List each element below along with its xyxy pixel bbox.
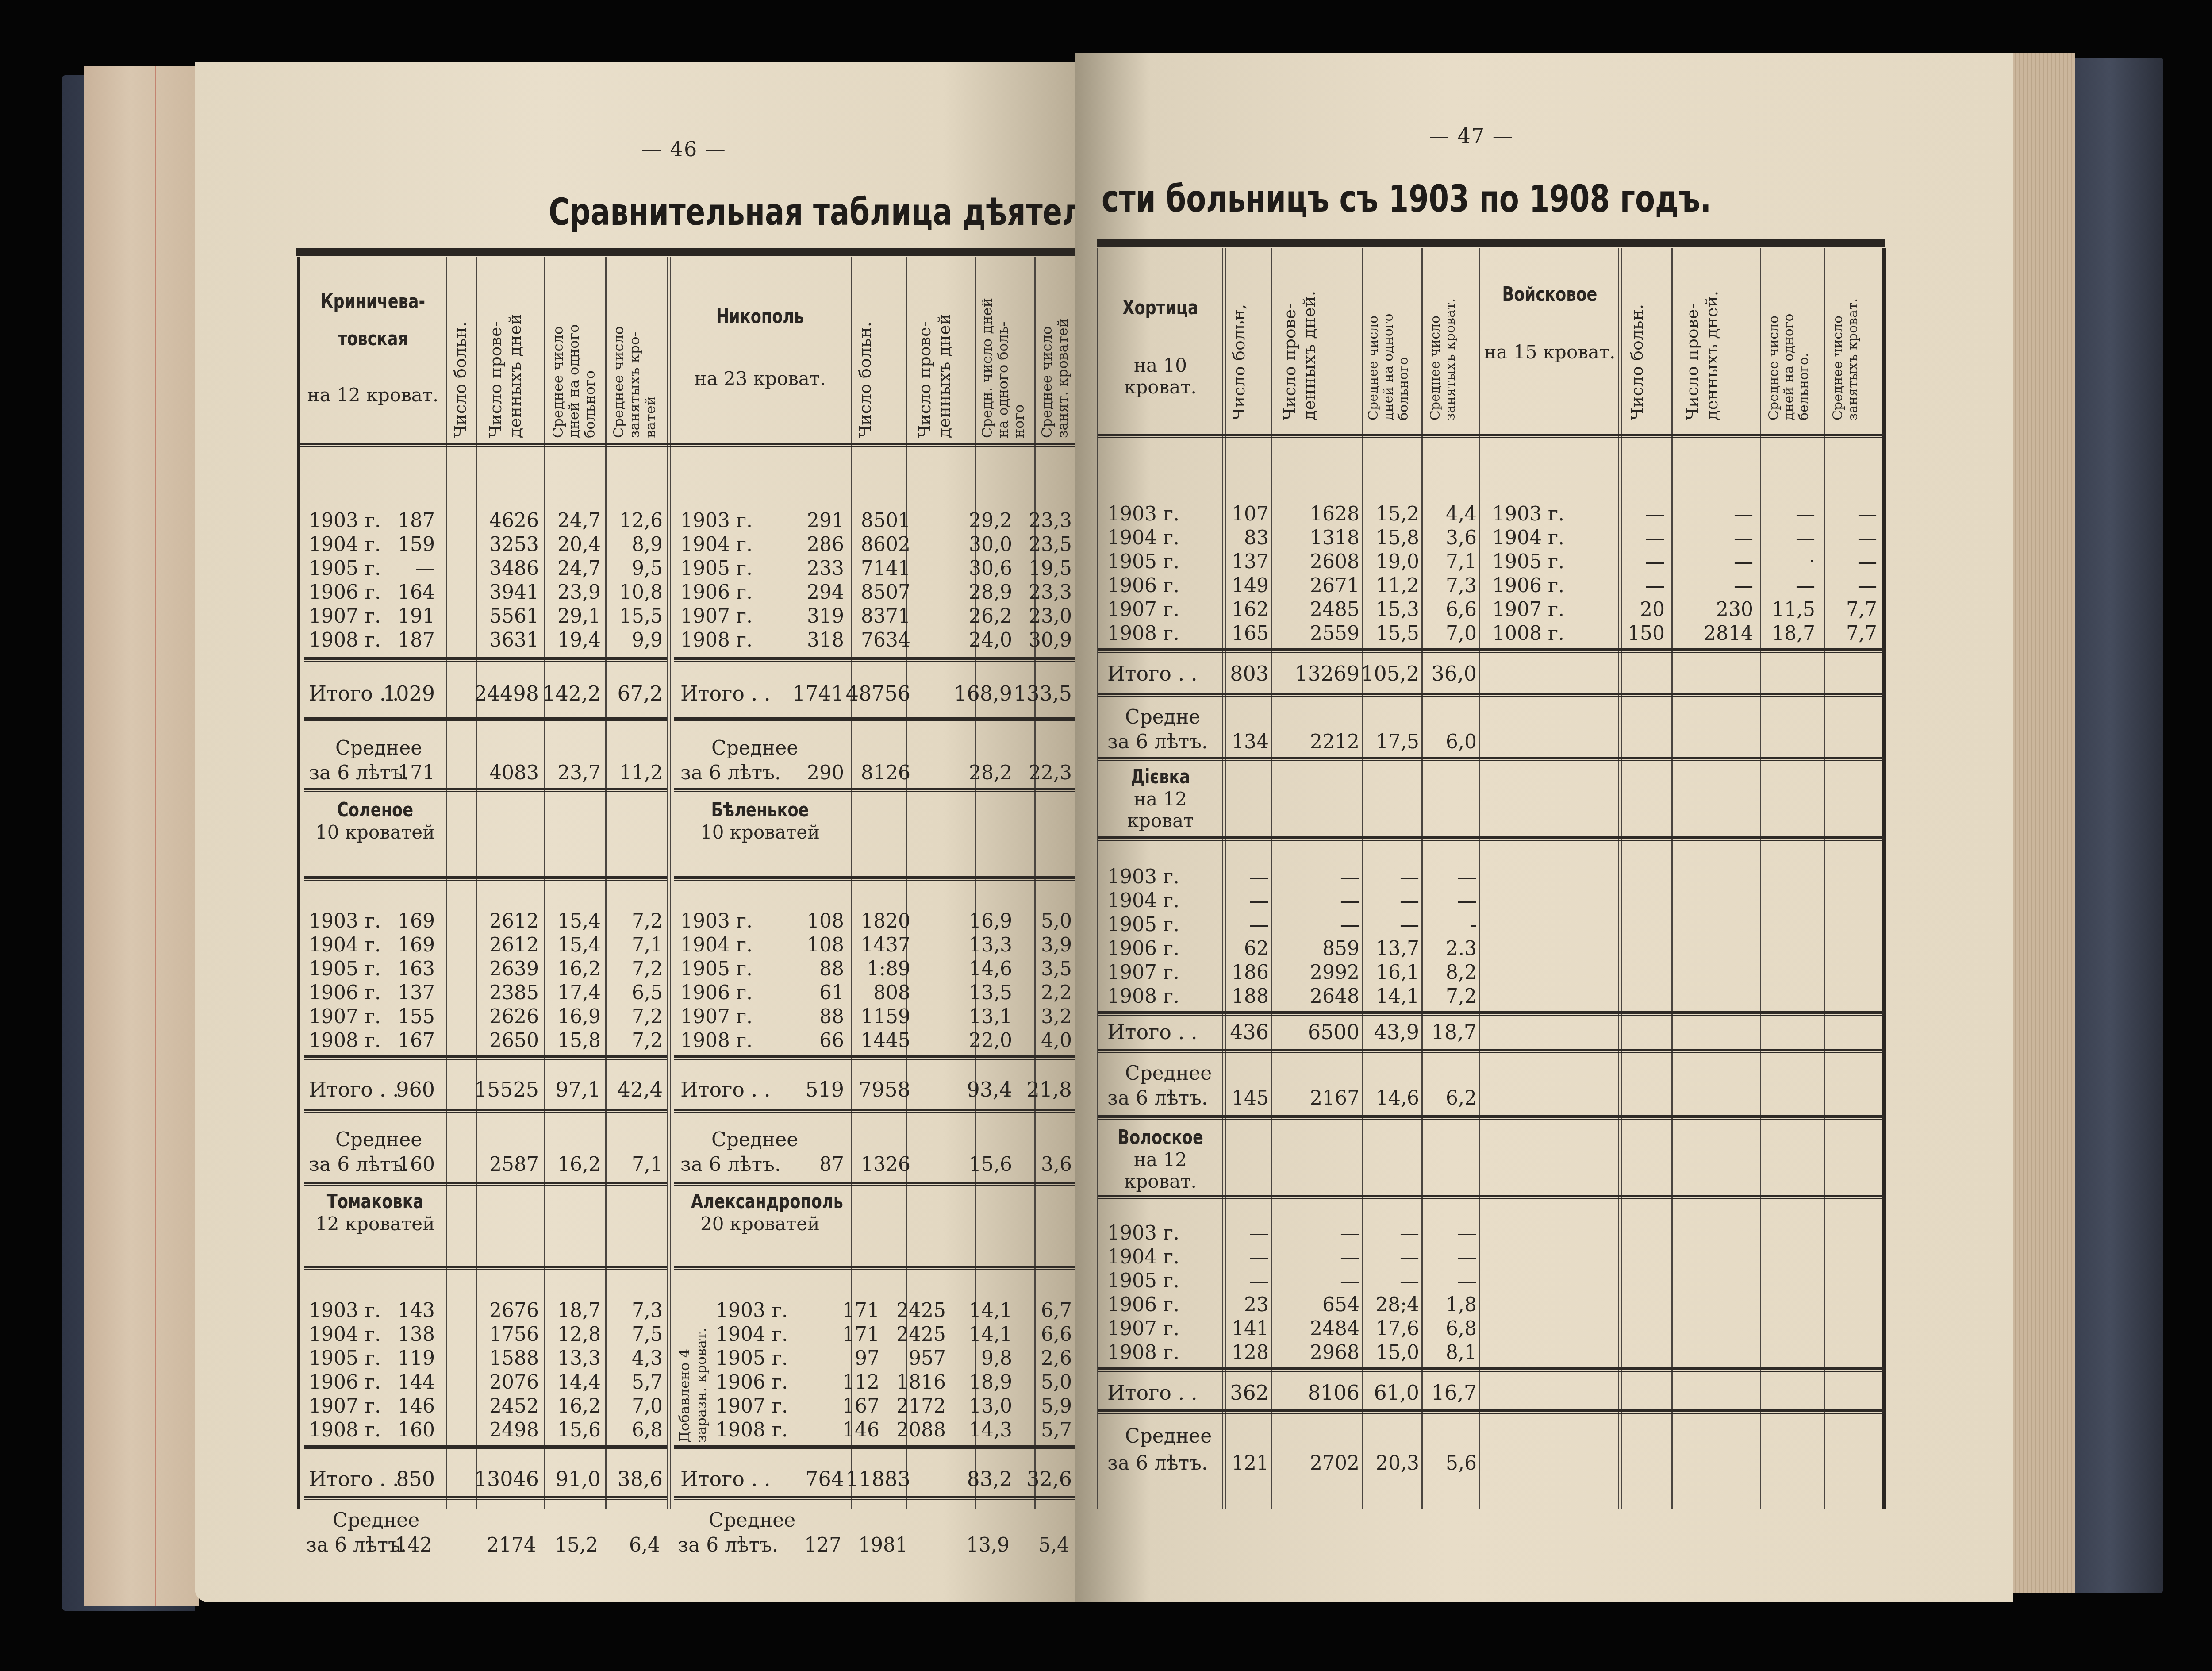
- year-label: 1903 г.: [309, 909, 381, 933]
- row-rule: [304, 876, 667, 881]
- year-label: 1906 г.: [1107, 1293, 1179, 1317]
- avg-days-value: 24,0: [969, 628, 1012, 652]
- year-label: 1906 г.: [309, 981, 381, 1005]
- header-avg-beds: Среднее число занятыхъ кро- ватей: [611, 270, 658, 438]
- table-right: Хортица на 10 кроват. Число больн, Число…: [1097, 248, 1886, 1509]
- patients-value: 162: [1232, 598, 1269, 622]
- table-row: 1904 г.169261215,47,1: [309, 933, 667, 957]
- total-label: Итого . .: [1107, 1020, 1198, 1044]
- year-label: 1906 г.: [309, 1371, 381, 1394]
- total-label: Итого . .: [309, 1467, 399, 1491]
- avg-beds-value: 6,6: [1041, 1323, 1072, 1347]
- days-value: 2485: [1310, 598, 1359, 622]
- patients-value: 318: [807, 628, 844, 652]
- days-value: 1756: [489, 1323, 539, 1347]
- avg-days-total: 61,0: [1374, 1381, 1419, 1405]
- patients-average: 160: [398, 1153, 435, 1177]
- avg-beds-value: 23,0: [1029, 604, 1072, 628]
- year-label: 1908 г.: [309, 628, 381, 652]
- avg-days-value: 15,4: [557, 933, 601, 957]
- patients-value: 20: [1640, 598, 1665, 622]
- avg-days-value: —: [1796, 574, 1815, 598]
- avg-beds-value: 6,5: [632, 981, 663, 1005]
- avg-days-value: 18,7: [1772, 622, 1815, 646]
- days-value: —: [1340, 1245, 1359, 1269]
- avg-beds-value: 7,2: [1446, 985, 1477, 1009]
- avg-days-total: 83,2: [967, 1467, 1012, 1491]
- avg-beds-value: 7,3: [1446, 574, 1477, 598]
- header-patients: Число больн,: [1229, 261, 1248, 420]
- patients-value: 233: [807, 557, 844, 581]
- avg-beds-value: 4,0: [1041, 1029, 1072, 1053]
- days-value: 4626: [489, 509, 539, 533]
- avg-beds-value: 8,2: [1446, 961, 1477, 985]
- avg-days-value: ·: [1809, 550, 1815, 574]
- avg-days-value: 22,0: [969, 1029, 1012, 1053]
- avg-days-value: 15,8: [557, 1029, 601, 1053]
- table-row: 1904 г.————: [1492, 526, 1882, 550]
- days-value: 2608: [1310, 550, 1359, 574]
- avg-beds-value: 23,5: [1029, 533, 1072, 557]
- red-rule-line: [155, 66, 156, 1606]
- avg-days-value: 13,1: [969, 1005, 1012, 1029]
- patients-value: 141: [1232, 1317, 1269, 1341]
- year-label: 1903 г.: [1107, 865, 1179, 889]
- header-avg-beds: Среднее число занятыхъ кроват.: [1831, 261, 1861, 420]
- row-rule: [674, 1055, 1078, 1060]
- header-days: Число прове- денныхъ дней.: [1682, 261, 1721, 420]
- days-value: 2814: [1704, 622, 1753, 646]
- avg-beds-value: —: [1457, 865, 1477, 889]
- row-rule: [1098, 1011, 1884, 1016]
- days-value: 3631: [489, 628, 539, 652]
- patients-value: —: [1249, 913, 1269, 937]
- average-row: за 6 лѣтъ.121270220,35,6: [1107, 1452, 1479, 1475]
- table-row: 1906 г.112181618,95,0: [716, 1371, 1074, 1394]
- row-rule: [1098, 836, 1884, 841]
- patients-average: 127: [804, 1533, 841, 1557]
- year-label: 1904 г.: [1492, 526, 1564, 550]
- patients-value: 286: [807, 533, 844, 557]
- avg-days-average: 15,2: [555, 1533, 598, 1557]
- table-top-rule: [1097, 239, 1885, 247]
- patients-value: 149: [1232, 574, 1269, 598]
- avg-beds-average: 5,6: [1446, 1452, 1477, 1475]
- total-row: Итого . .436650043,918,7: [1107, 1020, 1479, 1044]
- days-value: 5561: [489, 604, 539, 628]
- hospital-name: Хортица: [1111, 296, 1210, 319]
- days-total: 8106: [1308, 1381, 1359, 1405]
- avg-days-value: 24,7: [557, 509, 601, 533]
- year-label: 1905 г.: [1492, 550, 1564, 574]
- table-row: 1907 г.88115913,13,2: [680, 1005, 1074, 1029]
- patients-total: 362: [1230, 1381, 1269, 1405]
- table-row: 1903 г.171242514,16,7: [716, 1299, 1074, 1323]
- days-value: —: [1340, 913, 1359, 937]
- average-row: за 6 лѣтъ.134221217,56,0: [1107, 730, 1479, 754]
- days-value: 8507: [861, 581, 910, 604]
- year-label: 1904 г.: [309, 1323, 381, 1347]
- avg-days-value: 13,3: [969, 933, 1012, 957]
- patients-value: 164: [398, 581, 435, 604]
- header-days: Число прове- денныхъ дней.: [1280, 261, 1319, 420]
- patients-value: 291: [807, 509, 844, 533]
- patients-value: —: [1249, 889, 1269, 913]
- hospital-beds: на 15 кроват.: [1483, 341, 1616, 363]
- avg-beds-average: 7,1: [632, 1153, 663, 1177]
- avg-days-value: 15,8: [1376, 526, 1419, 550]
- table-row: 1905 г.—348624,79,5: [309, 557, 667, 581]
- patients-average: 134: [1232, 730, 1269, 754]
- year-label: 1906 г.: [680, 981, 753, 1005]
- patients-average: 145: [1232, 1086, 1269, 1110]
- table-row: 1903 г.291850129,223,3: [680, 509, 1074, 533]
- avg-beds-value: 23,3: [1029, 581, 1072, 604]
- year-label: 1905 г.: [680, 957, 753, 981]
- average-label: за 6 лѣтъ.: [1107, 1086, 1208, 1110]
- year-label: 1904 г.: [1107, 1245, 1179, 1269]
- table-row: 1904 г.————: [1107, 1245, 1479, 1269]
- days-value: 2484: [1310, 1317, 1359, 1341]
- avg-days-total: 93,4: [967, 1078, 1012, 1101]
- average-row: за 6 лѣтъ.145216714,66,2: [1107, 1086, 1479, 1110]
- avg-beds-value: 7,7: [1846, 622, 1877, 646]
- avg-beds-average: 5,4: [1038, 1533, 1069, 1557]
- hospital-name: Дієвка: [1111, 766, 1210, 788]
- avg-beds-value: 7,5: [632, 1323, 663, 1347]
- avg-beds-total: 21,8: [1027, 1078, 1072, 1101]
- row-rule: [674, 1109, 1078, 1113]
- patients-value: —: [1249, 1221, 1269, 1245]
- patients-value: 188: [1232, 985, 1269, 1009]
- total-label: Итого . .: [680, 1078, 771, 1101]
- average-label: за 6 лѣтъ.: [680, 1153, 781, 1177]
- table-row: 1903 г.————: [1107, 865, 1479, 889]
- year-label: 1905 г.: [1107, 913, 1179, 937]
- days-value: 2650: [489, 1029, 539, 1053]
- total-row: Итого . .9601552597,142,4: [309, 1078, 667, 1101]
- days-average: 2702: [1310, 1452, 1359, 1475]
- avg-days-value: —: [1400, 1245, 1419, 1269]
- hospital-beds: на 23 кроват.: [674, 368, 846, 389]
- days-value: —: [1340, 889, 1359, 913]
- year-label: 1907 г.: [309, 1005, 381, 1029]
- days-value: 2385: [489, 981, 539, 1005]
- table-row: 1904 г.138175612,87,5: [309, 1323, 667, 1347]
- year-label: 1904 г.: [1107, 526, 1179, 550]
- avg-beds-value: —: [1858, 574, 1877, 598]
- row-rule: [674, 1496, 1078, 1500]
- table-row: 1908 г.160249815,66,8: [309, 1418, 667, 1442]
- patients-value: 160: [398, 1418, 435, 1442]
- patients-value: 83: [1244, 526, 1269, 550]
- table-row: 1905 г.119158813,34,3: [309, 1347, 667, 1371]
- hospital-name: Никополь: [691, 305, 829, 328]
- table-row: 1906 г.6180813,52,2: [680, 981, 1074, 1005]
- patients-value: 88: [819, 957, 844, 981]
- avg-days-total: 105,2: [1361, 662, 1419, 685]
- table-row: 1907 г.162248515,36,6: [1107, 598, 1479, 622]
- patients-average: 87: [819, 1153, 844, 1177]
- avg-days-value: 15,6: [557, 1418, 601, 1442]
- row-rule: [674, 657, 1078, 662]
- hospital-header-belenkoe: Бѣленькое 10 кроватей: [674, 799, 846, 843]
- average-label-1: Среднее: [1125, 1425, 1222, 1449]
- patients-value: 187: [398, 509, 435, 533]
- total-row: Итого . .7641188383,232,6: [680, 1467, 1074, 1491]
- avg-beds-value: —: [1457, 1221, 1477, 1245]
- avg-days-value: —: [1400, 913, 1419, 937]
- table-row: 1907 г.2023011,57,7: [1492, 598, 1882, 622]
- days-value: 2671: [1310, 574, 1359, 598]
- patients-value: —: [1645, 526, 1665, 550]
- patients-value: 97: [855, 1347, 879, 1371]
- avg-days-value: 16,2: [557, 957, 601, 981]
- patients-value: 112: [842, 1371, 879, 1394]
- year-label: 1907 г.: [1107, 598, 1179, 622]
- avg-beds-value: 8,1: [1446, 1341, 1477, 1365]
- patients-value: 128: [1232, 1341, 1269, 1365]
- avg-days-total: 97,1: [556, 1078, 601, 1101]
- table-row: 1906 г.————: [1492, 574, 1882, 598]
- header-rule: [300, 443, 1078, 447]
- patients-average: 171: [398, 761, 435, 785]
- table-row: 1904 г.286860230,023,5: [680, 533, 1074, 557]
- avg-days-value: 18,7: [557, 1299, 601, 1323]
- average-label-1: Среднее: [711, 1128, 822, 1152]
- days-value: 2612: [489, 933, 539, 957]
- table-row: 1905 г.163263916,27,2: [309, 957, 667, 981]
- year-label: 1903 г.: [680, 509, 753, 533]
- days-value: 2076: [489, 1371, 539, 1394]
- row-rule: [304, 788, 667, 792]
- avg-beds-value: 2.3: [1446, 937, 1477, 961]
- avg-days-average: 23,7: [557, 761, 601, 785]
- year-label: 1904 г.: [309, 533, 381, 557]
- avg-beds-average: 11,2: [619, 761, 663, 785]
- days-value: 654: [1322, 1293, 1359, 1317]
- days-total: 48756: [846, 681, 910, 705]
- avg-days-value: 24,7: [557, 557, 601, 581]
- avg-beds-value: 5,0: [1041, 1371, 1072, 1394]
- patients-value: 146: [842, 1418, 879, 1442]
- days-value: 8602: [861, 533, 910, 557]
- table-row: 1904 г.83131815,83,6: [1107, 526, 1479, 550]
- avg-beds-value: 9,5: [632, 557, 663, 581]
- total-label: Итого . .: [680, 1467, 771, 1491]
- days-value: 7634: [861, 628, 910, 652]
- avg-beds-value: 7,3: [632, 1299, 663, 1323]
- year-label: 1903 г.: [716, 1299, 788, 1323]
- avg-beds-value: 7,0: [1446, 622, 1477, 646]
- avg-days-value: 9,8: [981, 1347, 1012, 1371]
- year-label: 1908 г.: [716, 1418, 788, 1442]
- year-label: 1903 г.: [1107, 502, 1179, 526]
- patients-value: 319: [807, 604, 844, 628]
- header-avg-days: Среднее число дней на одного бельного.: [1767, 261, 1812, 420]
- avg-beds-value: 2,6: [1041, 1347, 1072, 1371]
- avg-days-value: 15,5: [1376, 622, 1419, 646]
- year-label: 1906 г.: [309, 581, 381, 604]
- row-rule: [1098, 693, 1884, 697]
- table-row: 1906 г.149267111,27,3: [1107, 574, 1479, 598]
- hospital-name: Войсковое: [1497, 283, 1603, 306]
- patients-average: 290: [807, 761, 844, 785]
- patients-value: 144: [398, 1371, 435, 1394]
- year-label: 1906 г.: [1107, 937, 1179, 961]
- days-value: 1816: [896, 1371, 946, 1394]
- average-label: за 6 лѣтъ.: [680, 761, 781, 785]
- table-row: 1906 г.6285913,72.3: [1107, 937, 1479, 961]
- avg-days-value: —: [1400, 1269, 1419, 1293]
- page-number-left: — 46 —: [641, 137, 726, 161]
- year-label: 1906 г.: [716, 1371, 788, 1394]
- year-label: 1908 г.: [309, 1418, 381, 1442]
- avg-beds-value: 1,8: [1446, 1293, 1477, 1317]
- row-rule: [1098, 1195, 1884, 1199]
- avg-beds-value: —: [1457, 1269, 1477, 1293]
- hospital-header-nikopol: Никополь на 23 кроват.: [674, 305, 846, 389]
- average-row-tomakovka: за 6 лѣтъ.142217415,26,4: [306, 1533, 664, 1557]
- title-part-left: Сравнительная таблица дѣятельно: [549, 190, 1142, 234]
- patients-total: 1741: [792, 681, 844, 705]
- avg-beds-total: 18,7: [1432, 1020, 1477, 1044]
- avg-days-value: 12,8: [557, 1323, 601, 1347]
- avg-beds-total: 67,2: [618, 681, 663, 705]
- table-row: 1905 г.————: [1107, 1269, 1479, 1293]
- avg-beds-value: 6,7: [1041, 1299, 1072, 1323]
- row-rule: [1098, 757, 1884, 761]
- avg-beds-total: 42,4: [618, 1078, 663, 1101]
- avg-days-value: 17,6: [1376, 1317, 1419, 1341]
- row-rule: [304, 657, 667, 662]
- patients-value: 169: [398, 909, 435, 933]
- table-row: 1908 г.66144522,04,0: [680, 1029, 1074, 1053]
- patients-value: 155: [398, 1005, 435, 1029]
- days-value: 8371: [861, 604, 910, 628]
- row-rule: [1098, 648, 1884, 653]
- table-row: 1908 г.318763424,030,9: [680, 628, 1074, 652]
- patients-value: 23: [1244, 1293, 1269, 1317]
- patients-value: 159: [398, 533, 435, 557]
- year-label: 1903 г.: [1492, 502, 1564, 526]
- patients-value: 107: [1232, 502, 1269, 526]
- avg-beds-value: 7,2: [632, 909, 663, 933]
- days-total: 11883: [846, 1467, 910, 1491]
- days-total: 7958: [859, 1078, 910, 1101]
- average-label-1: Среднее: [709, 1509, 819, 1533]
- patients-total: 764: [805, 1467, 844, 1491]
- row-rule: [674, 876, 1078, 881]
- table-row: 1903 г.107162815,24,4: [1107, 502, 1479, 526]
- patients-value: 171: [842, 1299, 879, 1323]
- hospital-beds: 20 кроватей: [674, 1213, 846, 1235]
- avg-beds-average: 22,3: [1029, 761, 1072, 785]
- avg-beds-total: 133,5: [1014, 681, 1072, 705]
- table-row: 1908 г.146208814,35,7: [716, 1418, 1074, 1442]
- patients-value: 191: [398, 604, 435, 628]
- year-label: 1907 г.: [309, 1394, 381, 1418]
- days-value: 2992: [1310, 961, 1359, 985]
- days-value: 2172: [896, 1394, 946, 1418]
- avg-beds-value: 12,6: [619, 509, 663, 533]
- page-number-right: — 47 —: [1429, 124, 1514, 148]
- avg-days-value: 11,2: [1376, 574, 1419, 598]
- table-row: 1908 г.187363119,49,9: [309, 628, 667, 652]
- avg-days-average: 13,9: [966, 1533, 1010, 1557]
- average-row: за 6 лѣтъ.87132615,63,6: [680, 1153, 1074, 1177]
- hospital-name: Томаковка: [319, 1190, 432, 1213]
- avg-beds-value: 5,9: [1041, 1394, 1072, 1418]
- total-label: Итого . .: [309, 1078, 399, 1101]
- days-value: 7141: [861, 557, 910, 581]
- avg-beds-value: 19,5: [1029, 557, 1072, 581]
- total-row: Итого . .8501304691,038,6: [309, 1467, 667, 1491]
- avg-beds-value: 5,7: [1041, 1418, 1072, 1442]
- avg-days-average: 20,3: [1376, 1452, 1419, 1475]
- table-row: 1903 г.143267618,77,3: [309, 1299, 667, 1323]
- patients-value: 61: [819, 981, 844, 1005]
- days-value: 1318: [1310, 526, 1359, 550]
- avg-days-value: —: [1796, 502, 1815, 526]
- title-part-right: сти больницъ съ 1903 по 1908 годъ.: [1102, 177, 1711, 220]
- patients-average: 121: [1232, 1452, 1269, 1475]
- avg-beds-value: —: [1858, 502, 1877, 526]
- days-value: 808: [873, 981, 910, 1005]
- avg-beds-average: 6,4: [629, 1533, 660, 1557]
- days-value: 2088: [896, 1418, 946, 1442]
- average-label-1: Среднее: [335, 1128, 446, 1152]
- avg-days-value: 15,4: [557, 909, 601, 933]
- avg-beds-value: 23,3: [1029, 509, 1072, 533]
- avg-days-value: 16,1: [1376, 961, 1419, 985]
- table-row: 1903 г.108182016,95,0: [680, 909, 1074, 933]
- table-row: 1903 г.————: [1492, 502, 1882, 526]
- avg-days-value: 20,4: [557, 533, 601, 557]
- hospital-name: Александрополь: [691, 1190, 829, 1213]
- average-label: за 6 лѣтъ.: [309, 761, 409, 785]
- avg-days-value: —: [1400, 865, 1419, 889]
- patients-value: 138: [398, 1323, 435, 1347]
- year-label: 1905 г.: [1107, 1269, 1179, 1293]
- header-avg-days: Среднее число дней на одного больного: [1366, 261, 1411, 420]
- patients-value: 146: [398, 1394, 435, 1418]
- avg-beds-value: 7,2: [632, 1005, 663, 1029]
- year-label: 1904 г.: [680, 533, 753, 557]
- avg-days-value: 17,4: [557, 981, 601, 1005]
- avg-days-value: 28;4: [1375, 1293, 1419, 1317]
- table-row: 1908 г.128296815,08,1: [1107, 1341, 1479, 1365]
- hospital-header-khortitsa: Хортица на 10 кроват.: [1098, 296, 1222, 398]
- avg-beds-value: 6,8: [632, 1418, 663, 1442]
- days-value: 1437: [861, 933, 910, 957]
- days-average: 2587: [489, 1153, 539, 1177]
- average-label: за 6 лѣтъ.: [1107, 730, 1208, 754]
- avg-beds-value: 6,6: [1446, 598, 1477, 622]
- page-46: — 46 — Сравнительная таблица дѣятельно К…: [195, 62, 1075, 1602]
- patients-value: —: [1249, 865, 1269, 889]
- table-row: 1908 г.167265015,87,2: [309, 1029, 667, 1053]
- header-rule: [1098, 434, 1884, 438]
- row-rule: [1098, 1367, 1884, 1372]
- total-row: Итого . .174148756168,9133,5: [680, 681, 1074, 705]
- days-value: 1820: [861, 909, 910, 933]
- avg-beds-value: 2,2: [1041, 981, 1072, 1005]
- avg-days-total: 91,0: [556, 1467, 601, 1491]
- table-row: 1907 г.146245216,27,0: [309, 1394, 667, 1418]
- year-label: 1903 г.: [309, 1299, 381, 1323]
- days-value: 1:89: [867, 957, 910, 981]
